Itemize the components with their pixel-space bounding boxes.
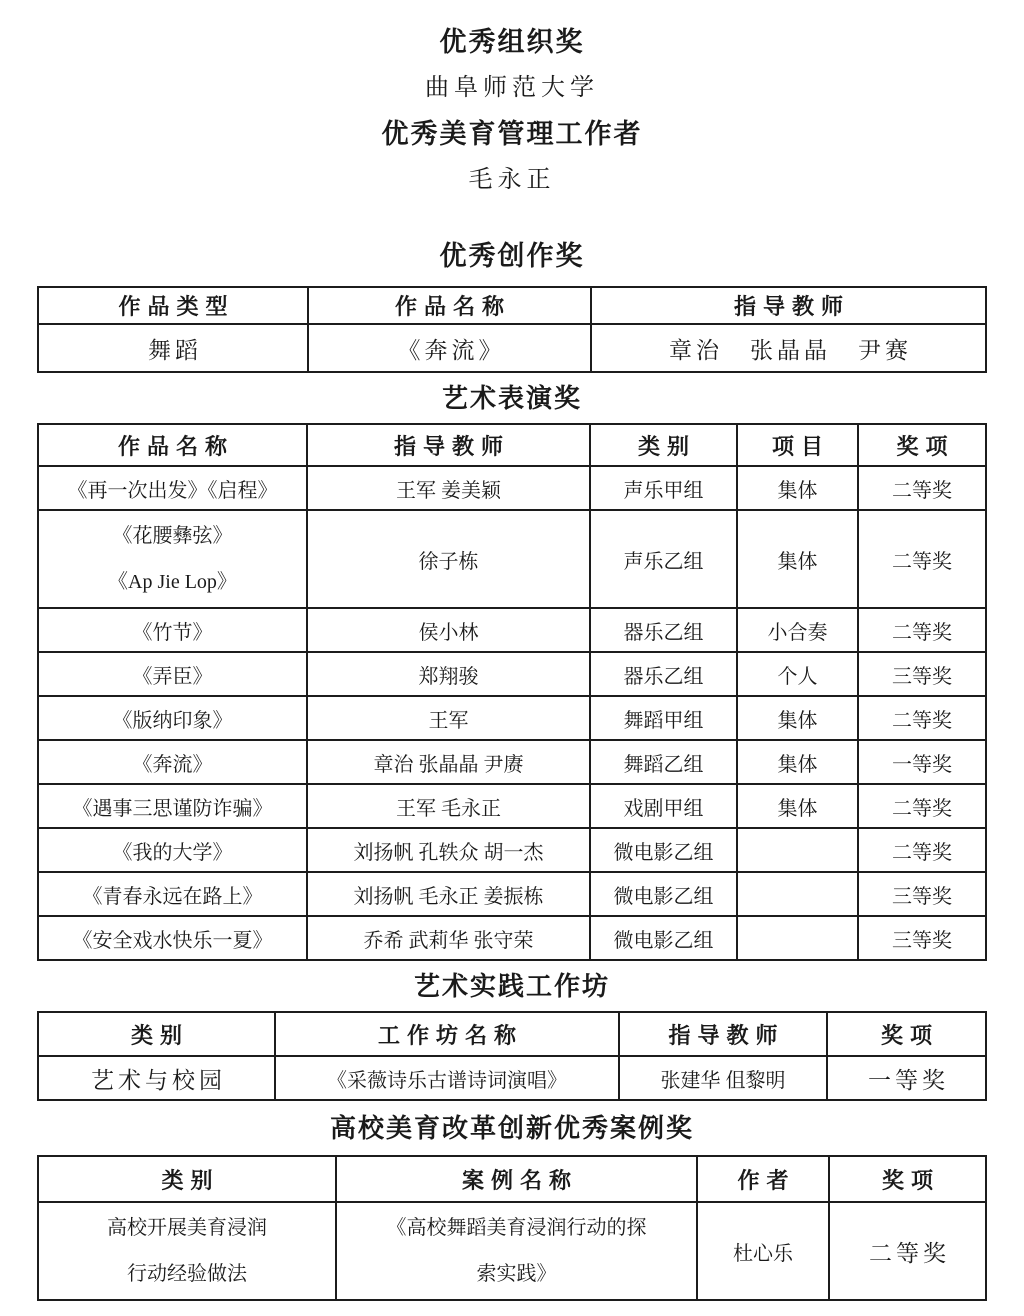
cell-work-type: 舞蹈	[38, 324, 308, 372]
cell-prize: 二等奖	[858, 510, 986, 608]
cell-advisor: 王军 毛永正	[307, 784, 590, 828]
cell-category: 微电影乙组	[590, 916, 737, 960]
table-row: 《安全戏水快乐一夏》 乔希 武莉华 张守荣 微电影乙组 三等奖	[38, 916, 986, 960]
table-row: 《我的大学》 刘扬帆 孔轶众 胡一杰 微电影乙组 二等奖	[38, 828, 986, 872]
cell-project: 集体	[737, 696, 858, 740]
cell-advisor: 章治 张晶晶 尹赛	[591, 324, 986, 372]
cell-advisor: 王军	[307, 696, 590, 740]
cell-category: 戏剧甲组	[590, 784, 737, 828]
cell-project: 个人	[737, 652, 858, 696]
cell-advisor: 乔希 武莉华 张守荣	[307, 916, 590, 960]
table-row: 《奔流》 章治 张晶晶 尹赓 舞蹈乙组 集体 一等奖	[38, 740, 986, 784]
cell-prize: 二等奖	[858, 696, 986, 740]
col-header-advisor: 指导教师	[307, 424, 590, 466]
col-header-work-name: 作品名称	[308, 287, 591, 324]
creation-award-table: 作品类型 作品名称 指导教师 舞蹈 《奔流》 章治 张晶晶 尹赛	[37, 286, 987, 373]
cell-work-name: 《弄臣》	[38, 652, 307, 696]
col-header-workshop-name: 工作坊名称	[275, 1012, 619, 1056]
table-row: 《花腰彝弦》 《Ap Jie Lop》 徐子栋 声乐乙组 集体 二等奖	[38, 510, 986, 608]
table-header-row: 作品名称 指导教师 类别 项目 奖项	[38, 424, 986, 466]
cell-prize: 二等奖	[858, 466, 986, 510]
cell-project: 集体	[737, 466, 858, 510]
col-header-prize: 奖项	[858, 424, 986, 466]
workshop-award-title: 艺术实践工作坊	[0, 969, 1024, 1003]
table-header-row: 作品类型 作品名称 指导教师	[38, 287, 986, 324]
cell-prize: 一等奖	[827, 1056, 986, 1100]
table-row: 《再一次出发》《启程》 王军 姜美颖 声乐甲组 集体 二等奖	[38, 466, 986, 510]
col-header-category: 类别	[38, 1156, 336, 1202]
col-header-work-type: 作品类型	[38, 287, 308, 324]
cell-advisor: 王军 姜美颖	[307, 466, 590, 510]
org-award-winner: 曲阜师范大学	[0, 70, 1024, 106]
cell-advisor: 张建华 伹黎明	[619, 1056, 827, 1100]
cell-project: 集体	[737, 784, 858, 828]
cell-project	[737, 872, 858, 916]
cell-work-name: 《奔流》	[38, 740, 307, 784]
col-header-category: 类别	[38, 1012, 275, 1056]
manager-award-title: 优秀美育管理工作者	[0, 116, 1024, 152]
cell-project: 集体	[737, 510, 858, 608]
cell-category: 高校开展美育浸润 行动经验做法	[38, 1202, 336, 1300]
col-header-author: 作者	[697, 1156, 829, 1202]
performance-award-table: 作品名称 指导教师 类别 项目 奖项 《再一次出发》《启程》 王军 姜美颖 声乐…	[37, 423, 987, 961]
workshop-award-table: 类别 工作坊名称 指导教师 奖项 艺术与校园 《采薇诗乐古谱诗词演唱》 张建华 …	[37, 1011, 987, 1101]
cell-prize: 三等奖	[858, 652, 986, 696]
table-header-row: 类别 案例名称 作者 奖项	[38, 1156, 986, 1202]
cell-work-name: 《遇事三思谨防诈骗》	[38, 784, 307, 828]
cell-prize: 三等奖	[858, 872, 986, 916]
col-header-case-name: 案例名称	[336, 1156, 697, 1202]
cell-work-name: 《安全戏水快乐一夏》	[38, 916, 307, 960]
cell-advisor: 刘扬帆 毛永正 姜振栋	[307, 872, 590, 916]
document-page: 优秀组织奖 曲阜师范大学 优秀美育管理工作者 毛永正 优秀创作奖 作品类型 作品…	[0, 0, 1024, 1316]
table-row: 《遇事三思谨防诈骗》 王军 毛永正 戏剧甲组 集体 二等奖	[38, 784, 986, 828]
cell-category: 舞蹈甲组	[590, 696, 737, 740]
table-row: 艺术与校园 《采薇诗乐古谱诗词演唱》 张建华 伹黎明 一等奖	[38, 1056, 986, 1100]
table-row: 《青春永远在路上》 刘扬帆 毛永正 姜振栋 微电影乙组 三等奖	[38, 872, 986, 916]
cell-category: 微电影乙组	[590, 828, 737, 872]
cell-category: 器乐乙组	[590, 608, 737, 652]
cell-work-name: 《花腰彝弦》 《Ap Jie Lop》	[38, 510, 307, 608]
cell-category: 微电影乙组	[590, 872, 737, 916]
cell-work-name: 《青春永远在路上》	[38, 872, 307, 916]
col-header-category: 类别	[590, 424, 737, 466]
cell-work-name: 《竹节》	[38, 608, 307, 652]
org-award-title: 优秀组织奖	[0, 24, 1024, 60]
cell-category: 器乐乙组	[590, 652, 737, 696]
cell-prize: 二等奖	[829, 1202, 986, 1300]
case-award-table: 类别 案例名称 作者 奖项 高校开展美育浸润 行动经验做法 《高校舞蹈美育浸润行…	[37, 1155, 987, 1301]
table-row: 舞蹈 《奔流》 章治 张晶晶 尹赛	[38, 324, 986, 372]
cell-project	[737, 916, 858, 960]
cell-advisor: 章治 张晶晶 尹赓	[307, 740, 590, 784]
cell-author: 杜心乐	[697, 1202, 829, 1300]
cell-workshop-name: 《采薇诗乐古谱诗词演唱》	[275, 1056, 619, 1100]
cell-category: 声乐乙组	[590, 510, 737, 608]
table-row: 《版纳印象》 王军 舞蹈甲组 集体 二等奖	[38, 696, 986, 740]
table-row: 高校开展美育浸润 行动经验做法 《高校舞蹈美育浸润行动的探 索实践》 杜心乐 二…	[38, 1202, 986, 1300]
cell-prize: 一等奖	[858, 740, 986, 784]
cell-prize: 二等奖	[858, 828, 986, 872]
cell-project: 集体	[737, 740, 858, 784]
cell-project	[737, 828, 858, 872]
cell-category: 艺术与校园	[38, 1056, 275, 1100]
cell-case-name: 《高校舞蹈美育浸润行动的探 索实践》	[336, 1202, 697, 1300]
cell-prize: 三等奖	[858, 916, 986, 960]
col-header-project: 项目	[737, 424, 858, 466]
cell-work-name: 《我的大学》	[38, 828, 307, 872]
case-award-title: 高校美育改革创新优秀案例奖	[0, 1111, 1024, 1145]
col-header-advisor: 指导教师	[591, 287, 986, 324]
cell-project: 小合奏	[737, 608, 858, 652]
cell-prize: 二等奖	[858, 608, 986, 652]
col-header-work-name: 作品名称	[38, 424, 307, 466]
cell-category: 舞蹈乙组	[590, 740, 737, 784]
cell-advisor: 徐子栋	[307, 510, 590, 608]
table-header-row: 类别 工作坊名称 指导教师 奖项	[38, 1012, 986, 1056]
col-header-prize: 奖项	[827, 1012, 986, 1056]
performance-award-title: 艺术表演奖	[0, 381, 1024, 415]
col-header-advisor: 指导教师	[619, 1012, 827, 1056]
creation-award-title: 优秀创作奖	[0, 238, 1024, 274]
col-header-prize: 奖项	[829, 1156, 986, 1202]
cell-category: 声乐甲组	[590, 466, 737, 510]
cell-advisor: 侯小林	[307, 608, 590, 652]
table-row: 《弄臣》 郑翔骏 器乐乙组 个人 三等奖	[38, 652, 986, 696]
cell-advisor: 刘扬帆 孔轶众 胡一杰	[307, 828, 590, 872]
cell-prize: 二等奖	[858, 784, 986, 828]
manager-award-winner: 毛永正	[0, 162, 1024, 198]
cell-work-name: 《版纳印象》	[38, 696, 307, 740]
cell-advisor: 郑翔骏	[307, 652, 590, 696]
cell-work-name: 《再一次出发》《启程》	[38, 466, 307, 510]
cell-work-name: 《奔流》	[308, 324, 591, 372]
table-row: 《竹节》 侯小林 器乐乙组 小合奏 二等奖	[38, 608, 986, 652]
